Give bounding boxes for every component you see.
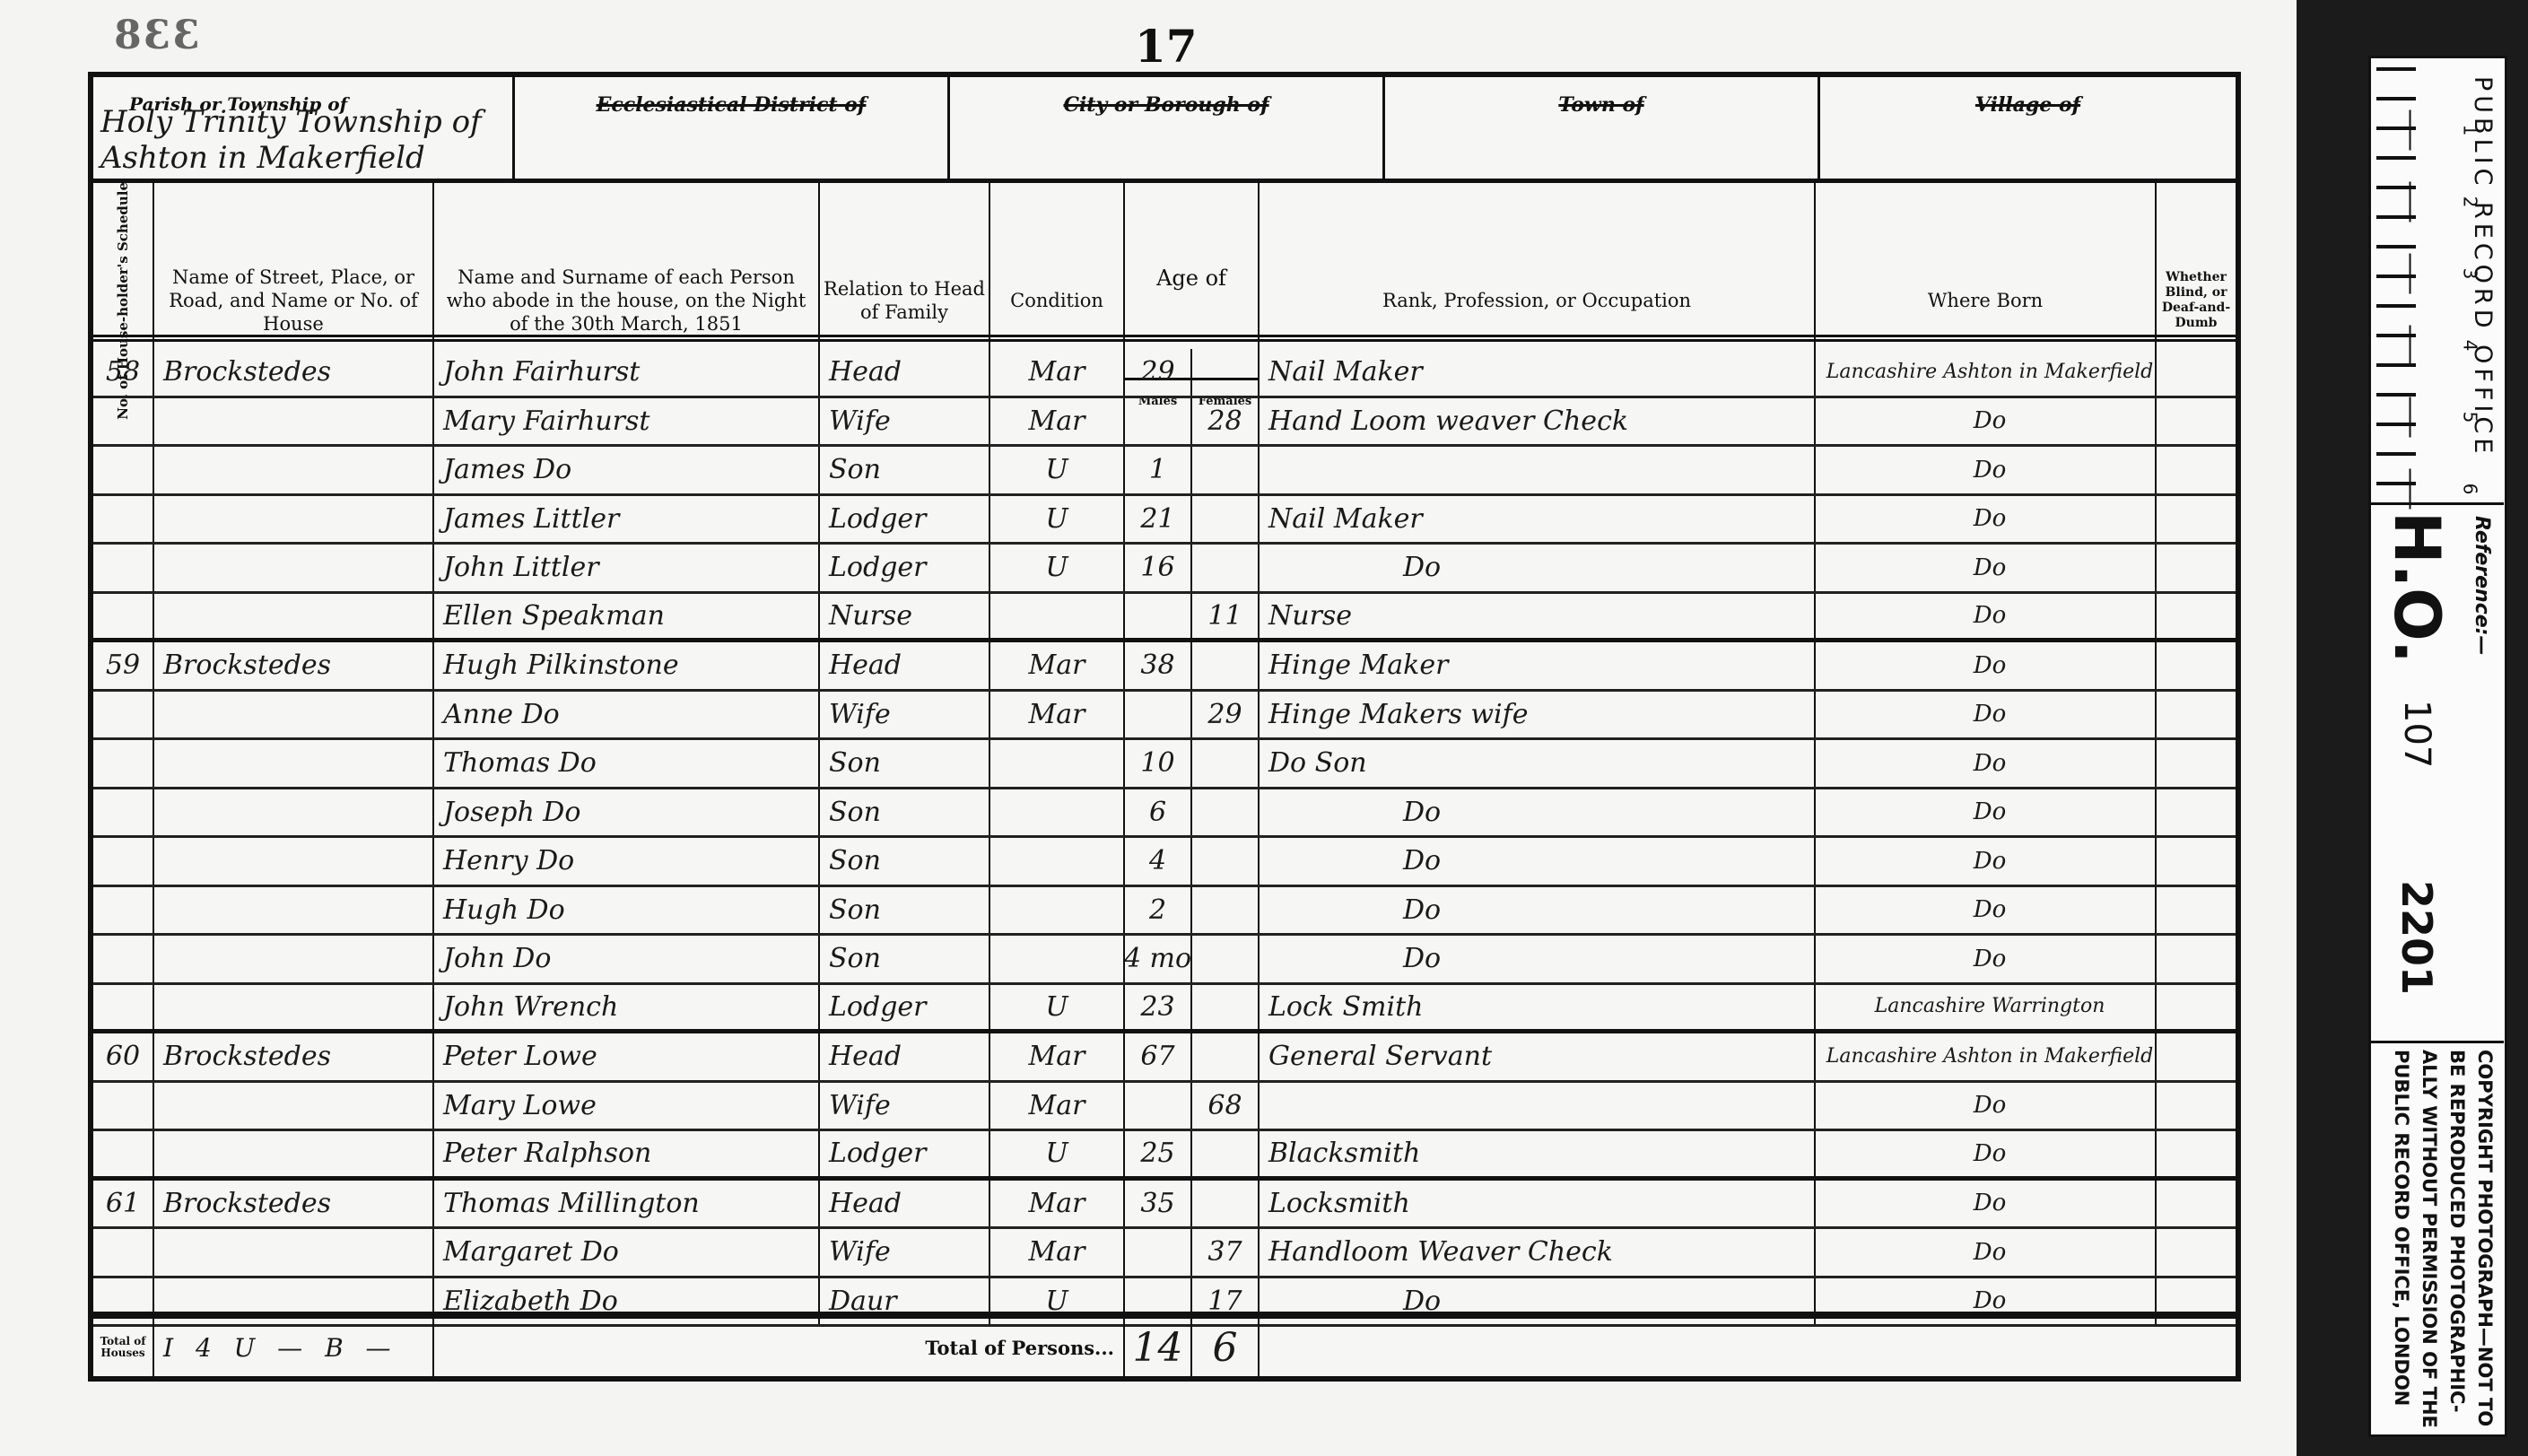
male-age-cell <box>1125 398 1192 445</box>
census-sheet: 338 17 Parish or Township of Holy Trinit… <box>0 0 2297 1456</box>
relation-cell: Wife <box>820 692 990 738</box>
total-persons-label: Total of Persons... <box>434 1319 1125 1376</box>
table-row: James DoSonU1Do <box>93 447 2236 496</box>
female-age-cell: 28 <box>1192 398 1260 445</box>
city-cell: City or Borough of <box>950 77 1385 179</box>
occupation-cell: Hand Loom weaver Check <box>1260 398 1816 445</box>
born-cell: Do <box>1816 1181 2157 1227</box>
born-cell: Do <box>1816 1131 2157 1176</box>
schedule-cell <box>93 1131 154 1176</box>
folio-number: 17 <box>1135 20 1198 73</box>
relation-cell: Wife <box>820 1083 990 1129</box>
occupation-cell <box>1260 447 1816 493</box>
condition-cell: Mar <box>990 1033 1125 1080</box>
table-row: 61BrockstedesThomas MillingtonHeadMar35L… <box>93 1181 2236 1230</box>
schedule-cell <box>93 740 154 787</box>
town-label: Town of <box>1385 93 1818 117</box>
born-cell: Do <box>1816 545 2157 591</box>
condition-cell: U <box>990 496 1125 543</box>
table-row: John WrenchLodgerU23Lock SmithLancashire… <box>93 985 2236 1034</box>
born-cell: Do <box>1816 1229 2157 1276</box>
name-cell: John Littler <box>434 545 820 591</box>
occupation-cell: Nail Maker <box>1260 496 1816 543</box>
condition-cell: Mar <box>990 1083 1125 1129</box>
male-age-cell: 38 <box>1125 642 1192 689</box>
reference-piece: 2201 <box>2393 880 2441 995</box>
female-age-cell <box>1192 496 1260 543</box>
occupation-cell: Do <box>1260 789 1816 836</box>
condition-cell: Mar <box>990 349 1125 396</box>
occupation-cell: Do <box>1260 936 1816 982</box>
town-cell: Town of <box>1385 77 1820 179</box>
relation-cell: Son <box>820 887 990 934</box>
name-cell: John Do <box>434 936 820 982</box>
born-cell: Do <box>1816 936 2157 982</box>
name-cell: John Wrench <box>434 985 820 1030</box>
occupation-cell <box>1260 1083 1816 1129</box>
street-cell <box>154 1131 434 1176</box>
total-males: 14 <box>1125 1319 1192 1376</box>
relation-cell: Lodger <box>820 985 990 1030</box>
relation-cell: Son <box>820 838 990 885</box>
condition-cell: U <box>990 545 1125 591</box>
name-cell: John Fairhurst <box>434 349 820 396</box>
street-cell <box>154 1229 434 1276</box>
street-cell <box>154 887 434 934</box>
name-cell: Thomas Millington <box>434 1181 820 1227</box>
relation-cell: Son <box>820 936 990 982</box>
condition-cell: Mar <box>990 1181 1125 1227</box>
female-age-cell <box>1192 642 1260 689</box>
name-cell: Peter Ralphson <box>434 1131 820 1176</box>
relation-cell: Lodger <box>820 545 990 591</box>
table-row: Thomas DoSon10Do SonDo <box>93 740 2236 789</box>
city-label: City or Borough of <box>950 93 1382 117</box>
census-form: Parish or Township of Holy Trinity Towns… <box>88 72 2241 1382</box>
condition-cell: U <box>990 447 1125 493</box>
street-cell <box>154 740 434 787</box>
occupation-cell: Do <box>1260 838 1816 885</box>
relation-cell: Head <box>820 349 990 396</box>
blind-cell <box>2157 349 2236 396</box>
occupation-cell: Nurse <box>1260 594 1816 639</box>
table-row: Ellen SpeakmanNurse11NurseDo <box>93 594 2236 643</box>
name-cell: James Do <box>434 447 820 493</box>
schedule-cell <box>93 1229 154 1276</box>
male-age-cell: 67 <box>1125 1033 1192 1080</box>
table-row: 60BrockstedesPeter LoweHeadMar67General … <box>93 1033 2236 1083</box>
occupation-cell: Hinge Makers wife <box>1260 692 1816 738</box>
totals-row: Total of Houses I 4 U — B — Total of Per… <box>93 1312 2236 1376</box>
blind-cell <box>2157 545 2236 591</box>
total-houses-value: I 4 U — B — <box>154 1319 434 1376</box>
table-row: John LittlerLodgerU16DoDo <box>93 545 2236 594</box>
schedule-cell <box>93 398 154 445</box>
relation-cell: Wife <box>820 1229 990 1276</box>
table-row: 58BrockstedesJohn FairhurstHeadMar29Nail… <box>93 349 2236 398</box>
reference-series: 107 <box>2396 700 2437 768</box>
born-cell: Do <box>1816 1083 2157 1129</box>
schedule-cell: 58 <box>93 349 154 396</box>
table-row: Joseph DoSon6DoDo <box>93 789 2236 839</box>
name-cell: Ellen Speakman <box>434 594 820 639</box>
female-age-cell <box>1192 936 1260 982</box>
street-cell <box>154 545 434 591</box>
born-cell: Do <box>1816 887 2157 934</box>
female-age-cell <box>1192 838 1260 885</box>
male-age-cell <box>1125 1229 1192 1276</box>
born-cell: Do <box>1816 398 2157 445</box>
born-cell: Do <box>1816 496 2157 543</box>
male-age-cell: 1 <box>1125 447 1192 493</box>
name-cell: Mary Fairhurst <box>434 398 820 445</box>
name-cell: Hugh Do <box>434 887 820 934</box>
table-row: Hugh DoSon2DoDo <box>93 887 2236 937</box>
blind-cell <box>2157 789 2236 836</box>
condition-cell <box>990 740 1125 787</box>
blind-cell <box>2157 594 2236 639</box>
condition-cell: Mar <box>990 692 1125 738</box>
blind-cell <box>2157 642 2236 689</box>
reference-box: Reference:— H.O. 107 2201 <box>2371 502 2504 1043</box>
archive-reference-card: 123456 PUBLIC RECORD OFFICE Reference:— … <box>2368 56 2507 1437</box>
relation-cell: Son <box>820 447 990 493</box>
occupation-cell: Hinge Maker <box>1260 642 1816 689</box>
relation-cell: Wife <box>820 398 990 445</box>
blind-cell <box>2157 1083 2236 1129</box>
male-age-cell <box>1125 594 1192 639</box>
column-headers: No. of House-holder's Schedule Name of S… <box>93 179 2236 342</box>
ruler-numbers: 123456 <box>2425 94 2465 525</box>
male-age-cell: 4 <box>1125 838 1192 885</box>
male-age-cell: 2 <box>1125 887 1192 934</box>
relation-cell: Lodger <box>820 496 990 543</box>
street-cell: Brockstedes <box>154 349 434 396</box>
male-age-cell <box>1125 1083 1192 1129</box>
schedule-cell: 59 <box>93 642 154 689</box>
table-row: 59BrockstedesHugh PilkinstoneHeadMar38Hi… <box>93 642 2236 692</box>
street-cell: Brockstedes <box>154 1181 434 1227</box>
female-age-cell: 37 <box>1192 1229 1260 1276</box>
blind-cell <box>2157 1131 2236 1176</box>
location-row: Parish or Township of Holy Trinity Towns… <box>93 77 2236 183</box>
name-cell: Margaret Do <box>434 1229 820 1276</box>
blind-cell <box>2157 398 2236 445</box>
condition-cell <box>990 789 1125 836</box>
blind-cell <box>2157 936 2236 982</box>
condition-cell <box>990 838 1125 885</box>
occupation-cell: Locksmith <box>1260 1181 1816 1227</box>
scale-ruler: 123456 PUBLIC RECORD OFFICE <box>2371 58 2504 505</box>
ecclesiastical-label: Ecclesiastical District of <box>515 93 947 117</box>
born-cell: Do <box>1816 692 2157 738</box>
name-cell: Henry Do <box>434 838 820 885</box>
born-cell: Lancashire Ashton in Makerfield <box>1816 349 2157 396</box>
schedule-cell <box>93 594 154 639</box>
schedule-cell <box>93 692 154 738</box>
street-cell <box>154 496 434 543</box>
relation-cell: Nurse <box>820 594 990 639</box>
relation-cell: Head <box>820 1181 990 1227</box>
female-age-cell <box>1192 1033 1260 1080</box>
street-cell <box>154 1083 434 1129</box>
female-age-cell <box>1192 789 1260 836</box>
parish-cell: Parish or Township of Holy Trinity Towns… <box>93 77 515 179</box>
relation-cell: Lodger <box>820 1131 990 1176</box>
born-cell: Do <box>1816 594 2157 639</box>
village-label: Village of <box>1820 93 2236 117</box>
schedule-cell <box>93 789 154 836</box>
occupation-cell: Nail Maker <box>1260 349 1816 396</box>
occupation-cell: Do <box>1260 887 1816 934</box>
occupation-cell: Lock Smith <box>1260 985 1816 1030</box>
female-age-cell <box>1192 545 1260 591</box>
street-cell <box>154 936 434 982</box>
born-cell: Do <box>1816 642 2157 689</box>
schedule-cell: 60 <box>93 1033 154 1080</box>
female-age-cell <box>1192 1131 1260 1176</box>
street-cell: Brockstedes <box>154 1033 434 1080</box>
table-row: John DoSon4 moDoDo <box>93 936 2236 985</box>
condition-cell: Mar <box>990 398 1125 445</box>
ecclesiastical-cell: Ecclesiastical District of <box>515 77 950 179</box>
male-age-cell: 16 <box>1125 545 1192 591</box>
female-age-cell <box>1192 887 1260 934</box>
table-row: Henry DoSon4DoDo <box>93 838 2236 887</box>
table-row: Margaret DoWifeMar37Handloom Weaver Chec… <box>93 1229 2236 1278</box>
schedule-cell <box>93 1083 154 1129</box>
copyright-text: COPYRIGHT PHOTOGRAPH—NOT TO BE REPRODUCE… <box>2387 1050 2498 1428</box>
blind-cell <box>2157 1229 2236 1276</box>
name-cell: Joseph Do <box>434 789 820 836</box>
table-row: James LittlerLodgerU21Nail MakerDo <box>93 496 2236 545</box>
male-age-cell: 25 <box>1125 1131 1192 1176</box>
blind-cell <box>2157 692 2236 738</box>
schedule-cell <box>93 447 154 493</box>
blind-cell <box>2157 447 2236 493</box>
blind-cell <box>2157 887 2236 934</box>
condition-cell: U <box>990 1131 1125 1176</box>
male-age-cell: 4 mo <box>1125 936 1192 982</box>
occupation-cell: General Servant <box>1260 1033 1816 1080</box>
total-females: 6 <box>1192 1319 1260 1376</box>
born-cell: Do <box>1816 789 2157 836</box>
female-age-cell <box>1192 740 1260 787</box>
schedule-cell <box>93 936 154 982</box>
table-row: Anne DoWifeMar29Hinge Makers wifeDo <box>93 692 2236 741</box>
male-age-cell: 6 <box>1125 789 1192 836</box>
occupation-cell: Do <box>1260 545 1816 591</box>
name-cell: Thomas Do <box>434 740 820 787</box>
female-age-cell <box>1192 985 1260 1030</box>
copyright-notice: COPYRIGHT PHOTOGRAPH—NOT TO BE REPRODUCE… <box>2371 1041 2504 1435</box>
born-cell: Lancashire Warrington <box>1816 985 2157 1030</box>
condition-cell: Mar <box>990 1229 1125 1276</box>
born-cell: Do <box>1816 838 2157 885</box>
female-age-cell: 68 <box>1192 1083 1260 1129</box>
born-cell: Do <box>1816 740 2157 787</box>
totals-blank <box>1260 1319 2236 1376</box>
table-row: Peter RalphsonLodgerU25BlacksmithDo <box>93 1131 2236 1181</box>
street-cell <box>154 789 434 836</box>
name-cell: Mary Lowe <box>434 1083 820 1129</box>
blind-cell <box>2157 1033 2236 1080</box>
table-row: Mary LoweWifeMar68Do <box>93 1083 2236 1132</box>
blind-cell <box>2157 838 2236 885</box>
female-age-cell <box>1192 447 1260 493</box>
blind-cell <box>2157 1181 2236 1227</box>
occupation-cell: Blacksmith <box>1260 1131 1816 1176</box>
name-cell: James Littler <box>434 496 820 543</box>
street-cell <box>154 838 434 885</box>
female-age-cell <box>1192 1181 1260 1227</box>
relation-cell: Son <box>820 789 990 836</box>
parish-value: Holy Trinity Township of Ashton in Maker… <box>100 104 504 176</box>
born-cell: Lancashire Ashton in Makerfield <box>1816 1033 2157 1080</box>
table-row: Mary FairhurstWifeMar28Hand Loom weaver … <box>93 398 2236 448</box>
street-cell: Brockstedes <box>154 642 434 689</box>
blind-cell <box>2157 985 2236 1030</box>
page-stamp: 338 <box>112 13 200 58</box>
reference-label: Reference:— <box>2471 516 2493 655</box>
street-cell <box>154 447 434 493</box>
relation-cell: Head <box>820 642 990 689</box>
census-rows: 58BrockstedesJohn FairhurstHeadMar29Nail… <box>93 349 2236 1327</box>
male-age-cell: 23 <box>1125 985 1192 1030</box>
schedule-cell: 61 <box>93 1181 154 1227</box>
schedule-cell <box>93 887 154 934</box>
condition-cell: Mar <box>990 642 1125 689</box>
condition-cell: U <box>990 985 1125 1030</box>
occupation-cell: Do Son <box>1260 740 1816 787</box>
female-age-cell: 29 <box>1192 692 1260 738</box>
total-houses-label: Total of Houses <box>93 1319 154 1376</box>
village-cell: Village of <box>1820 77 2236 179</box>
street-cell <box>154 985 434 1030</box>
condition-cell <box>990 594 1125 639</box>
occupation-cell: Handloom Weaver Check <box>1260 1229 1816 1276</box>
schedule-cell <box>93 545 154 591</box>
name-cell: Hugh Pilkinstone <box>434 642 820 689</box>
street-cell <box>154 692 434 738</box>
female-age-cell <box>1192 349 1260 396</box>
reference-prefix: H.O. <box>2380 511 2454 664</box>
schedule-cell <box>93 985 154 1030</box>
name-cell: Anne Do <box>434 692 820 738</box>
blind-cell <box>2157 496 2236 543</box>
female-age-cell: 11 <box>1192 594 1260 639</box>
male-age-cell: 10 <box>1125 740 1192 787</box>
schedule-cell <box>93 838 154 885</box>
street-cell <box>154 594 434 639</box>
condition-cell <box>990 936 1125 982</box>
born-cell: Do <box>1816 447 2157 493</box>
reference-number: H.O. 107 2201 <box>2380 511 2454 995</box>
male-age-cell: 29 <box>1125 349 1192 396</box>
condition-cell <box>990 887 1125 934</box>
male-age-cell: 21 <box>1125 496 1192 543</box>
relation-cell: Son <box>820 740 990 787</box>
blind-cell <box>2157 740 2236 787</box>
office-label: PUBLIC RECORD OFFICE <box>2469 76 2497 458</box>
male-age-cell <box>1125 692 1192 738</box>
name-cell: Peter Lowe <box>434 1033 820 1080</box>
schedule-cell <box>93 496 154 543</box>
relation-cell: Head <box>820 1033 990 1080</box>
male-age-cell: 35 <box>1125 1181 1192 1227</box>
street-cell <box>154 398 434 445</box>
